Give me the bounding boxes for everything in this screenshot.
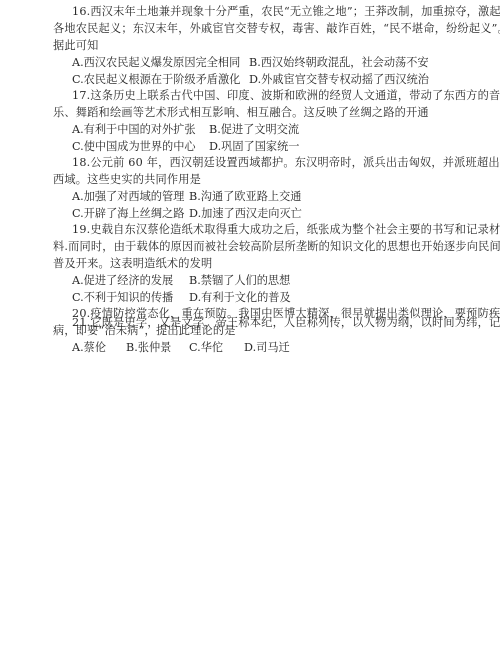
option-d: D.加速了西汉走向灭亡: [189, 206, 302, 221]
option-a: A.加强了对西域的管理: [72, 189, 184, 204]
option-c: C.农民起义根源在于阶级矛盾激化: [72, 72, 240, 87]
question-stem: 21.它既是史学，又是文学，帝王称本纪，人臣称列传，以人物为纲，以时间为纬，记: [72, 315, 500, 330]
question-stem: 乐、舞蹈和绘画等艺术形式相互影响、相互融合。这反映了丝绸之路的开通: [53, 105, 429, 120]
option-b: B.沟通了欧亚路上交通: [189, 189, 301, 204]
option-a: A.有利于中国的对外扩张: [72, 122, 196, 137]
option-d: D.外戚宦官交替专权动摇了西汉统治: [249, 72, 429, 87]
option-b: B.西汉始终朝政混乱，社会动荡不安: [249, 55, 429, 70]
option-c: C.华佗: [189, 340, 223, 355]
option-a: A.西汉农民起义爆发原因完全相同: [72, 55, 240, 70]
option-c: C.使中国成为世界的中心: [72, 139, 196, 154]
question-stem: 料.而同时，由于载体的原因而被社会较高阶层所垄断的知识文化的思想也开始逐步向民间: [53, 239, 500, 254]
question-stem: 各地农民起义；东汉末年，外戚宦官交替专权，毒害、敲诈百姓，“民不堪命，纷纷起义”…: [53, 21, 500, 36]
option-d: D.有利于文化的普及: [189, 290, 291, 305]
question-stem: 19.史载自东汉蔡伦造纸术取得重大成功之后，纸张成为整个社会主要的书写和记录材: [72, 222, 500, 237]
option-b: B.促进了文明交流: [209, 122, 299, 137]
option-b: B.禁锢了人们的思想: [189, 273, 290, 288]
exam-page: 16.西汉末年土地兼并现象十分严重，农民“无立锥之地”；王莽改制，加重掠夺，激起…: [0, 0, 500, 666]
option-c: C.不利于知识的传播: [72, 290, 173, 305]
question-stem: 16.西汉末年土地兼并现象十分严重，农民“无立锥之地”；王莽改制，加重掠夺，激起: [72, 4, 500, 19]
question-stem: 据此可知: [53, 38, 99, 53]
question-stem: 18.公元前 60 年，西汉朝廷设置西域都护。东汉明帝时，派兵出击匈奴，并派班超…: [72, 155, 500, 170]
question-stem: 普及开来。这表明造纸术的发明: [53, 256, 212, 271]
option-a: A.促进了经济的发展: [72, 273, 173, 288]
option-c: C.开辟了海上丝绸之路: [72, 206, 184, 221]
option-a: A.蔡伦: [72, 340, 106, 355]
question-stem: 17.这条历史上联系古代中国、印度、波斯和欧洲的经贸人文通道，带动了东西方的音: [72, 88, 500, 103]
question-stem: 西域。这些史实的共同作用是: [53, 172, 201, 187]
option-d: D.巩固了国家统一: [209, 139, 299, 154]
option-b: B.张仲景: [126, 340, 171, 355]
option-d: D.司马迁: [244, 340, 290, 355]
